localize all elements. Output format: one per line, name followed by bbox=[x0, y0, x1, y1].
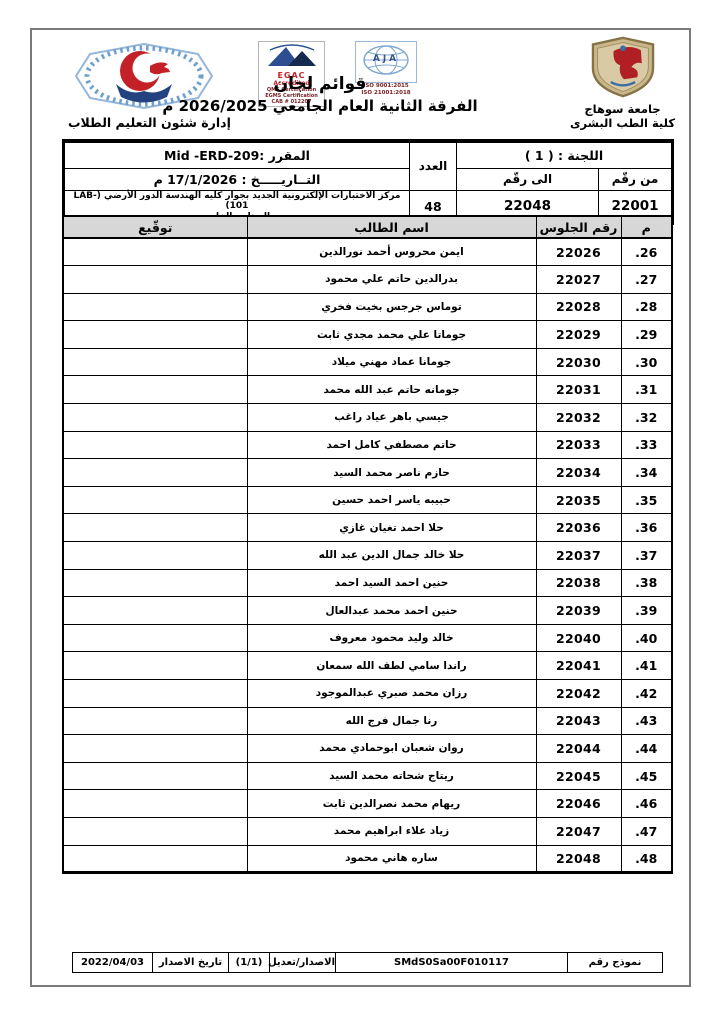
page-title: قوائم لجان bbox=[80, 74, 560, 94]
table-row: .3522035حبيبه ياسر احمد حسين bbox=[63, 486, 672, 514]
course-cell: المقرر :Mid -ERD-209 bbox=[64, 141, 410, 168]
seat-number: 22032 bbox=[536, 404, 621, 432]
table-row: .3122031جومانه حاتم عبد الله محمد bbox=[63, 376, 672, 404]
aja-name-text: AJA bbox=[356, 54, 416, 64]
table-row: .2822028توماس جرجس بخيت فخري bbox=[63, 293, 672, 321]
row-number: .45 bbox=[621, 762, 672, 790]
row-number: .44 bbox=[621, 735, 672, 763]
student-name: حنين احمد محمد عبدالعال bbox=[247, 597, 536, 625]
seat-number: 22048 bbox=[536, 845, 621, 873]
table-row: .3722037حلا خالد جمال الدين عبد الله bbox=[63, 542, 672, 570]
row-number: .35 bbox=[621, 486, 672, 514]
table-header-row: م رقم الجلوس اسم الطالب توقّيع bbox=[63, 216, 672, 238]
issue-date-value: 2022/04/03 bbox=[73, 953, 153, 973]
student-name: حاتم مصطفي كامل احمد bbox=[247, 431, 536, 459]
student-affairs-label: إدارة شئون التعليم الطلاب bbox=[68, 115, 220, 130]
count-label: العدد bbox=[410, 141, 457, 190]
seat-number: 22028 bbox=[536, 293, 621, 321]
table-row: .3322033حاتم مصطفي كامل احمد bbox=[63, 431, 672, 459]
seat-number: 22030 bbox=[536, 348, 621, 376]
university-logo-block: جامعة سوهاج كلية الطب البشرى bbox=[565, 36, 680, 130]
row-number: .30 bbox=[621, 348, 672, 376]
table-row: .2922029جوماتا علي محمد مجدي ثابت bbox=[63, 321, 672, 349]
seat-number: 22026 bbox=[536, 238, 621, 266]
row-number: .29 bbox=[621, 321, 672, 349]
row-number: .36 bbox=[621, 514, 672, 542]
row-number: .48 bbox=[621, 845, 672, 873]
row-number: .39 bbox=[621, 597, 672, 625]
signature-cell bbox=[63, 845, 247, 873]
seat-number: 22039 bbox=[536, 597, 621, 625]
issue-date-label: تاريخ الاصدار bbox=[153, 953, 229, 973]
student-name: راندا سامي لطف الله سمعان bbox=[247, 652, 536, 680]
table-row: .3822038حنين احمد السيد احمد bbox=[63, 569, 672, 597]
signature-cell bbox=[63, 486, 247, 514]
signature-cell bbox=[63, 431, 247, 459]
student-name: توماس جرجس بخيت فخري bbox=[247, 293, 536, 321]
seat-number: 22029 bbox=[536, 321, 621, 349]
table-row: .4122041راندا سامي لطف الله سمعان bbox=[63, 652, 672, 680]
document-titles: قوائم لجان الفرقة الثانية العام الجامعي … bbox=[80, 74, 560, 115]
signature-cell bbox=[63, 376, 247, 404]
committee-number: اللجنة : ( 1 ) bbox=[457, 141, 673, 168]
university-name: جامعة سوهاج bbox=[565, 102, 680, 116]
seat-number: 22043 bbox=[536, 707, 621, 735]
student-name: بدرالدين حاتم علي محمود bbox=[247, 266, 536, 294]
seat-number: 22041 bbox=[536, 652, 621, 680]
faculty-name: كلية الطب البشرى bbox=[565, 116, 680, 130]
student-name: حازم ناصر محمد السيد bbox=[247, 459, 536, 487]
signature-cell bbox=[63, 680, 247, 708]
seat-number: 22031 bbox=[536, 376, 621, 404]
student-name: حنين احمد السيد احمد bbox=[247, 569, 536, 597]
seat-number: 22047 bbox=[536, 817, 621, 845]
row-number: .38 bbox=[621, 569, 672, 597]
row-number: .40 bbox=[621, 624, 672, 652]
from-number-label: من رقّم bbox=[599, 168, 673, 190]
student-name: ايمن محروس أحمد نورالدين bbox=[247, 238, 536, 266]
document-page: إدارة شئون التعليم الطلاب EGAC Accredite… bbox=[0, 0, 724, 1024]
table-row: .4422044روان شعبان ابوحمادي محمد bbox=[63, 735, 672, 763]
signature-cell bbox=[63, 569, 247, 597]
table-row: .2622026ايمن محروس أحمد نورالدين bbox=[63, 238, 672, 266]
signature-cell bbox=[63, 735, 247, 763]
seat-number: 22037 bbox=[536, 542, 621, 570]
student-name: زياد علاء ابراهيم محمد bbox=[247, 817, 536, 845]
students-tbody: .2622026ايمن محروس أحمد نورالدين.2722027… bbox=[63, 238, 672, 873]
page-subtitle: الفرقة الثانية العام الجامعي 2026/2025 م bbox=[80, 97, 560, 115]
egac-pyramids-icon bbox=[264, 53, 320, 72]
student-name: جيسي باهر عياد راغب bbox=[247, 404, 536, 432]
footer-table: نموذج رقم SMdS0Sa00F010117 الاصدار/تعديل… bbox=[72, 952, 663, 973]
student-name: ريتاج شحاته محمد السيد bbox=[247, 762, 536, 790]
row-number: .33 bbox=[621, 431, 672, 459]
table-row: .4722047زياد علاء ابراهيم محمد bbox=[63, 817, 672, 845]
signature-cell bbox=[63, 321, 247, 349]
table-row: .4322043رنا جمال فرج الله bbox=[63, 707, 672, 735]
signature-cell bbox=[63, 624, 247, 652]
row-number: .26 bbox=[621, 238, 672, 266]
issue-revision-label: الاصدار/تعديل bbox=[270, 953, 336, 973]
seat-number: 22038 bbox=[536, 569, 621, 597]
signature-cell bbox=[63, 817, 247, 845]
signature-cell bbox=[63, 514, 247, 542]
row-number: .41 bbox=[621, 652, 672, 680]
student-name: جومانا عماد مهني ميلاد bbox=[247, 348, 536, 376]
student-name: رزان محمد صبري عبدالموجود bbox=[247, 680, 536, 708]
sohag-university-logo-icon bbox=[584, 83, 662, 102]
signature-cell bbox=[63, 652, 247, 680]
header-student-name: اسم الطالب bbox=[247, 216, 536, 238]
seat-number: 22045 bbox=[536, 762, 621, 790]
seat-number: 22033 bbox=[536, 431, 621, 459]
table-row: .4822048ساره هاني محمود bbox=[63, 845, 672, 873]
table-row: .3422034حازم ناصر محمد السيد bbox=[63, 459, 672, 487]
seat-number: 22040 bbox=[536, 624, 621, 652]
table-row: .4522045ريتاج شحاته محمد السيد bbox=[63, 762, 672, 790]
student-name: خالد وليد محمود معروف bbox=[247, 624, 536, 652]
signature-cell bbox=[63, 266, 247, 294]
seat-number: 22042 bbox=[536, 680, 621, 708]
header-m: م bbox=[621, 216, 672, 238]
table-row: .4622046ريهام محمد نصرالدين ثابت bbox=[63, 790, 672, 818]
student-name: ساره هاني محمود bbox=[247, 845, 536, 873]
row-number: .27 bbox=[621, 266, 672, 294]
table-row: .4022040خالد وليد محمود معروف bbox=[63, 624, 672, 652]
table-row: .3022030جومانا عماد مهني ميلاد bbox=[63, 348, 672, 376]
seat-number: 22036 bbox=[536, 514, 621, 542]
signature-cell bbox=[63, 707, 247, 735]
signature-cell bbox=[63, 790, 247, 818]
row-number: .37 bbox=[621, 542, 672, 570]
student-name: حلا احمد تغيان غازي bbox=[247, 514, 536, 542]
table-row: .2722027بدرالدين حاتم علي محمود bbox=[63, 266, 672, 294]
signature-cell bbox=[63, 293, 247, 321]
seat-number: 22027 bbox=[536, 266, 621, 294]
student-name: ريهام محمد نصرالدين ثابت bbox=[247, 790, 536, 818]
row-number: .34 bbox=[621, 459, 672, 487]
student-name: روان شعبان ابوحمادي محمد bbox=[247, 735, 536, 763]
header-seat-number: رقم الجلوس bbox=[536, 216, 621, 238]
seat-number: 22034 bbox=[536, 459, 621, 487]
signature-cell bbox=[63, 597, 247, 625]
form-number-value: SMdS0Sa00F010117 bbox=[336, 953, 568, 973]
table-row: .3622036حلا احمد تغيان غازي bbox=[63, 514, 672, 542]
seat-number: 22046 bbox=[536, 790, 621, 818]
student-name: جومانه حاتم عبد الله محمد bbox=[247, 376, 536, 404]
row-number: .42 bbox=[621, 680, 672, 708]
seat-number: 22044 bbox=[536, 735, 621, 763]
student-name: حلا خالد جمال الدين عبد الله bbox=[247, 542, 536, 570]
student-name: جوماتا علي محمد مجدي ثابت bbox=[247, 321, 536, 349]
student-name: حبيبه ياسر احمد حسين bbox=[247, 486, 536, 514]
row-number: .46 bbox=[621, 790, 672, 818]
course-label: المقرر : bbox=[259, 148, 310, 163]
course-code: Mid -ERD-209 bbox=[164, 148, 259, 163]
exam-location-line1: مركز الاختبارات الإلكترونية الجديد بجوار… bbox=[67, 191, 407, 212]
to-number-label: الى رقّم bbox=[457, 168, 599, 190]
form-number-label: نموذج رقم bbox=[568, 953, 663, 973]
row-number: .43 bbox=[621, 707, 672, 735]
table-row: .3222032جيسي باهر عياد راغب bbox=[63, 404, 672, 432]
signature-cell bbox=[63, 459, 247, 487]
table-row: .4222042رزان محمد صبري عبدالموجود bbox=[63, 680, 672, 708]
signature-cell bbox=[63, 404, 247, 432]
signature-cell bbox=[63, 238, 247, 266]
row-number: .31 bbox=[621, 376, 672, 404]
exam-date: التــاريـــــخ : 17/1/2026 م bbox=[64, 168, 410, 190]
signature-cell bbox=[63, 762, 247, 790]
row-number: .32 bbox=[621, 404, 672, 432]
signature-cell bbox=[63, 348, 247, 376]
signature-cell bbox=[63, 542, 247, 570]
row-number: .28 bbox=[621, 293, 672, 321]
row-number: .47 bbox=[621, 817, 672, 845]
student-name: رنا جمال فرج الله bbox=[247, 707, 536, 735]
students-table: م رقم الجلوس اسم الطالب توقّيع .2622026ا… bbox=[62, 215, 673, 874]
table-row: .3922039حنين احمد محمد عبدالعال bbox=[63, 597, 672, 625]
committee-info-table: اللجنة : ( 1 ) العدد المقرر :Mid -ERD-20… bbox=[62, 139, 674, 225]
issue-revision-value: (1/1) bbox=[229, 953, 270, 973]
header-signature: توقّيع bbox=[63, 216, 247, 238]
seat-number: 22035 bbox=[536, 486, 621, 514]
